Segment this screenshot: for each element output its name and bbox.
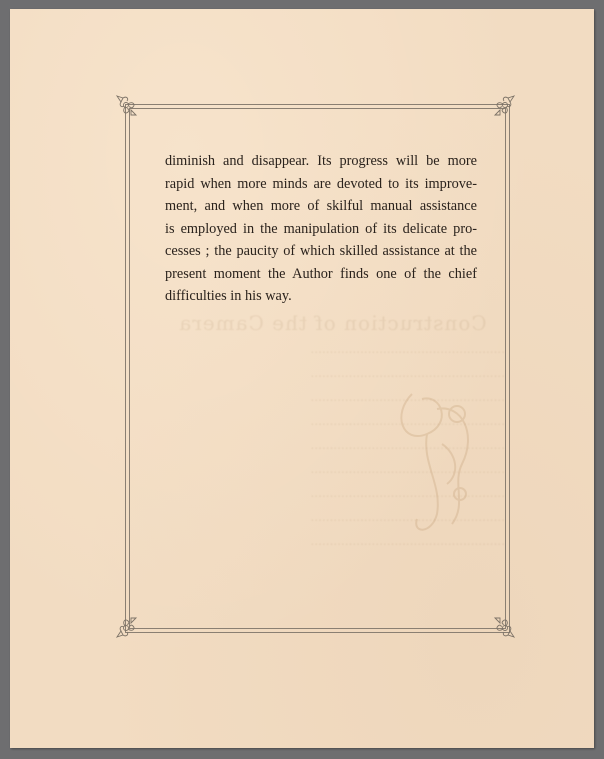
text-line: present moment the Author finds one of t…	[165, 263, 477, 286]
text-line: cesses ; the paucity of which skilled as…	[165, 240, 477, 263]
corner-ornament-bottom-right-icon	[491, 614, 517, 640]
text-line: ment, and when more of skilful manual as…	[165, 195, 477, 218]
corner-ornament-top-right-icon	[491, 93, 517, 119]
text-line: difficulties in his way.	[165, 285, 477, 308]
text-line: diminish and disappear. Its progress wil…	[165, 150, 477, 173]
scanned-page: Construction of the Camera .............…	[10, 9, 594, 748]
corner-ornament-top-left-icon	[114, 93, 140, 119]
text-line: is employed in the manipulation of its d…	[165, 218, 477, 241]
body-paragraph: diminish and disappear. Its progress wil…	[165, 150, 477, 308]
text-line: rapid when more minds are devoted to its…	[165, 173, 477, 196]
corner-ornament-bottom-left-icon	[114, 614, 140, 640]
